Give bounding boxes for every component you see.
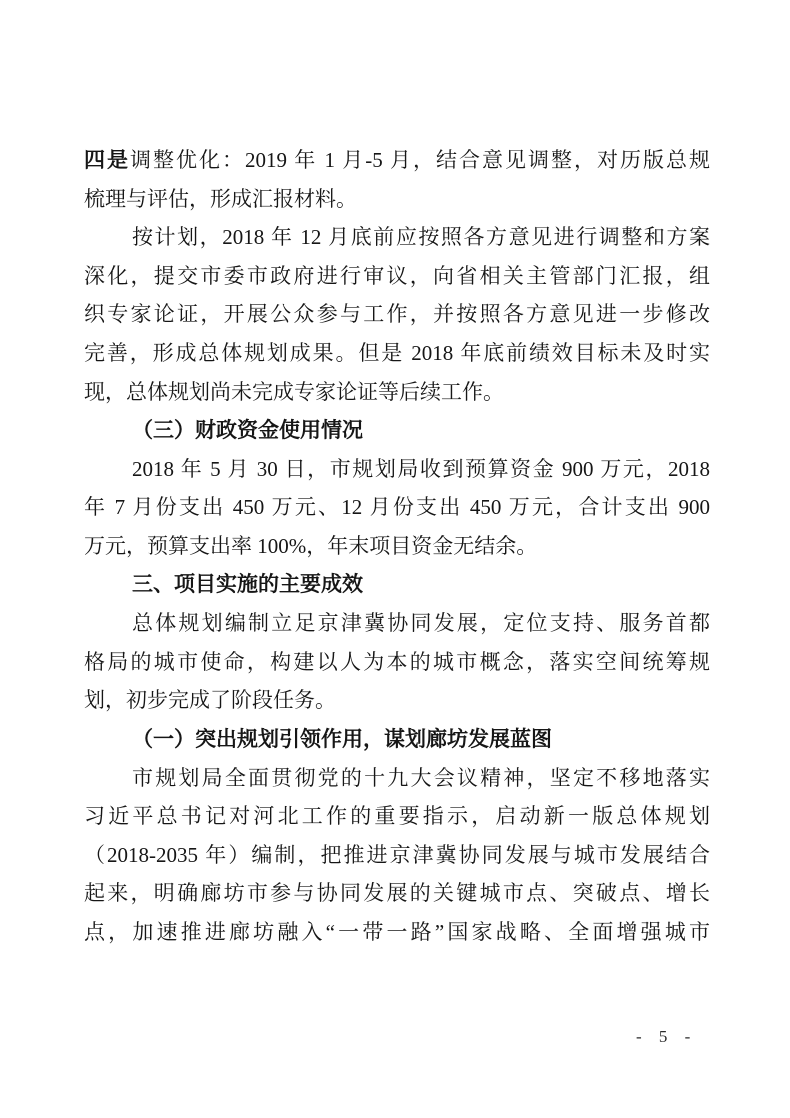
text-run: 调整优化：2019 年 1 月-5 月，结合意见调整，对历版总规 <box>130 148 710 172</box>
text-run: 万元，预算支出率 100%，年末项目资金无结余。 <box>84 534 537 558</box>
text-run: 按计划，2018 年 12 月底前应按照各方意见进行调整和方案 <box>132 225 710 249</box>
text-line: 习近平总书记对河北工作的重要指示，启动新一版总体规划 <box>84 797 710 836</box>
text-line: 年 7 月份支出 450 万元、12 月份支出 450 万元，合计支出 900 <box>84 488 710 527</box>
text-line: 划，初步完成了阶段任务。 <box>84 681 710 720</box>
text-run: 起来，明确廊坊市参与协同发展的关键城市点、突破点、增长 <box>84 881 710 905</box>
document-page: 四是调整优化：2019 年 1 月-5 月，结合意见调整，对历版总规梳理与评估，… <box>0 0 790 1118</box>
text-run: 市规划局全面贯彻党的十九大会议精神，坚定不移地落实 <box>132 766 710 790</box>
heading-line: （一）突出规划引领作用，谋划廊坊发展蓝图 <box>84 720 710 759</box>
text-line: 2018 年 5 月 30 日，市规划局收到预算资金 900 万元，2018 <box>84 450 710 489</box>
text-run: 点，加速推进廊坊融入“一带一路”国家战略、全面增强城市 <box>84 920 710 944</box>
text-run: 总体规划编制立足京津冀协同发展，定位支持、服务首都 <box>132 611 710 635</box>
text-run: 习近平总书记对河北工作的重要指示，启动新一版总体规划 <box>84 804 710 828</box>
text-run: 完善，形成总体规划成果。但是 2018 年底前绩效目标未及时实 <box>84 341 710 365</box>
text-line: 起来，明确廊坊市参与协同发展的关键城市点、突破点、增长 <box>84 874 710 913</box>
text-run: （一）突出规划引领作用，谋划廊坊发展蓝图 <box>132 727 552 751</box>
text-line: 总体规划编制立足京津冀协同发展，定位支持、服务首都 <box>84 604 710 643</box>
text-line: 四是调整优化：2019 年 1 月-5 月，结合意见调整，对历版总规 <box>84 141 710 180</box>
text-run: 划，初步完成了阶段任务。 <box>84 688 336 712</box>
text-line: 完善，形成总体规划成果。但是 2018 年底前绩效目标未及时实 <box>84 334 710 373</box>
text-line: 按计划，2018 年 12 月底前应按照各方意见进行调整和方案 <box>84 218 710 257</box>
text-run: 2018 年 5 月 30 日，市规划局收到预算资金 900 万元，2018 <box>132 457 710 481</box>
text-run: 年 7 月份支出 450 万元、12 月份支出 450 万元，合计支出 900 <box>84 495 710 519</box>
heading-line: （三）财政资金使用情况 <box>84 411 710 450</box>
text-line: 万元，预算支出率 100%，年末项目资金无结余。 <box>84 527 710 566</box>
text-run: 深化，提交市委市政府进行审议，向省相关主管部门汇报，组 <box>84 264 710 288</box>
text-line: 梳理与评估，形成汇报材料。 <box>84 180 710 219</box>
text-line: 织专家论证，开展公众参与工作，并按照各方意见进一步修改 <box>84 295 710 334</box>
page-number: - 5 - <box>636 1027 693 1047</box>
text-line: 格局的城市使命，构建以人为本的城市概念，落实空间统筹规 <box>84 643 710 682</box>
document-body: 四是调整优化：2019 年 1 月-5 月，结合意见调整，对历版总规梳理与评估，… <box>84 141 710 951</box>
text-run: 织专家论证，开展公众参与工作，并按照各方意见进一步修改 <box>84 302 710 326</box>
text-run: （三）财政资金使用情况 <box>132 418 363 442</box>
text-run: 梳理与评估，形成汇报材料。 <box>84 187 357 211</box>
bold-run: 四是 <box>84 148 130 172</box>
text-run: （2018-2035 年）编制，把推进京津冀协同发展与城市发展结合 <box>84 843 710 867</box>
heading-line: 三、项目实施的主要成效 <box>84 566 710 605</box>
text-line: 市规划局全面贯彻党的十九大会议精神，坚定不移地落实 <box>84 759 710 798</box>
text-line: 点，加速推进廊坊融入“一带一路”国家战略、全面增强城市 <box>84 913 710 952</box>
text-run: 格局的城市使命，构建以人为本的城市概念，落实空间统筹规 <box>84 650 710 674</box>
text-line: （2018-2035 年）编制，把推进京津冀协同发展与城市发展结合 <box>84 836 710 875</box>
text-line: 现，总体规划尚未完成专家论证等后续工作。 <box>84 373 710 412</box>
text-run: 现，总体规划尚未完成专家论证等后续工作。 <box>84 380 504 404</box>
text-run: 三、项目实施的主要成效 <box>132 573 363 596</box>
text-line: 深化，提交市委市政府进行审议，向省相关主管部门汇报，组 <box>84 257 710 296</box>
